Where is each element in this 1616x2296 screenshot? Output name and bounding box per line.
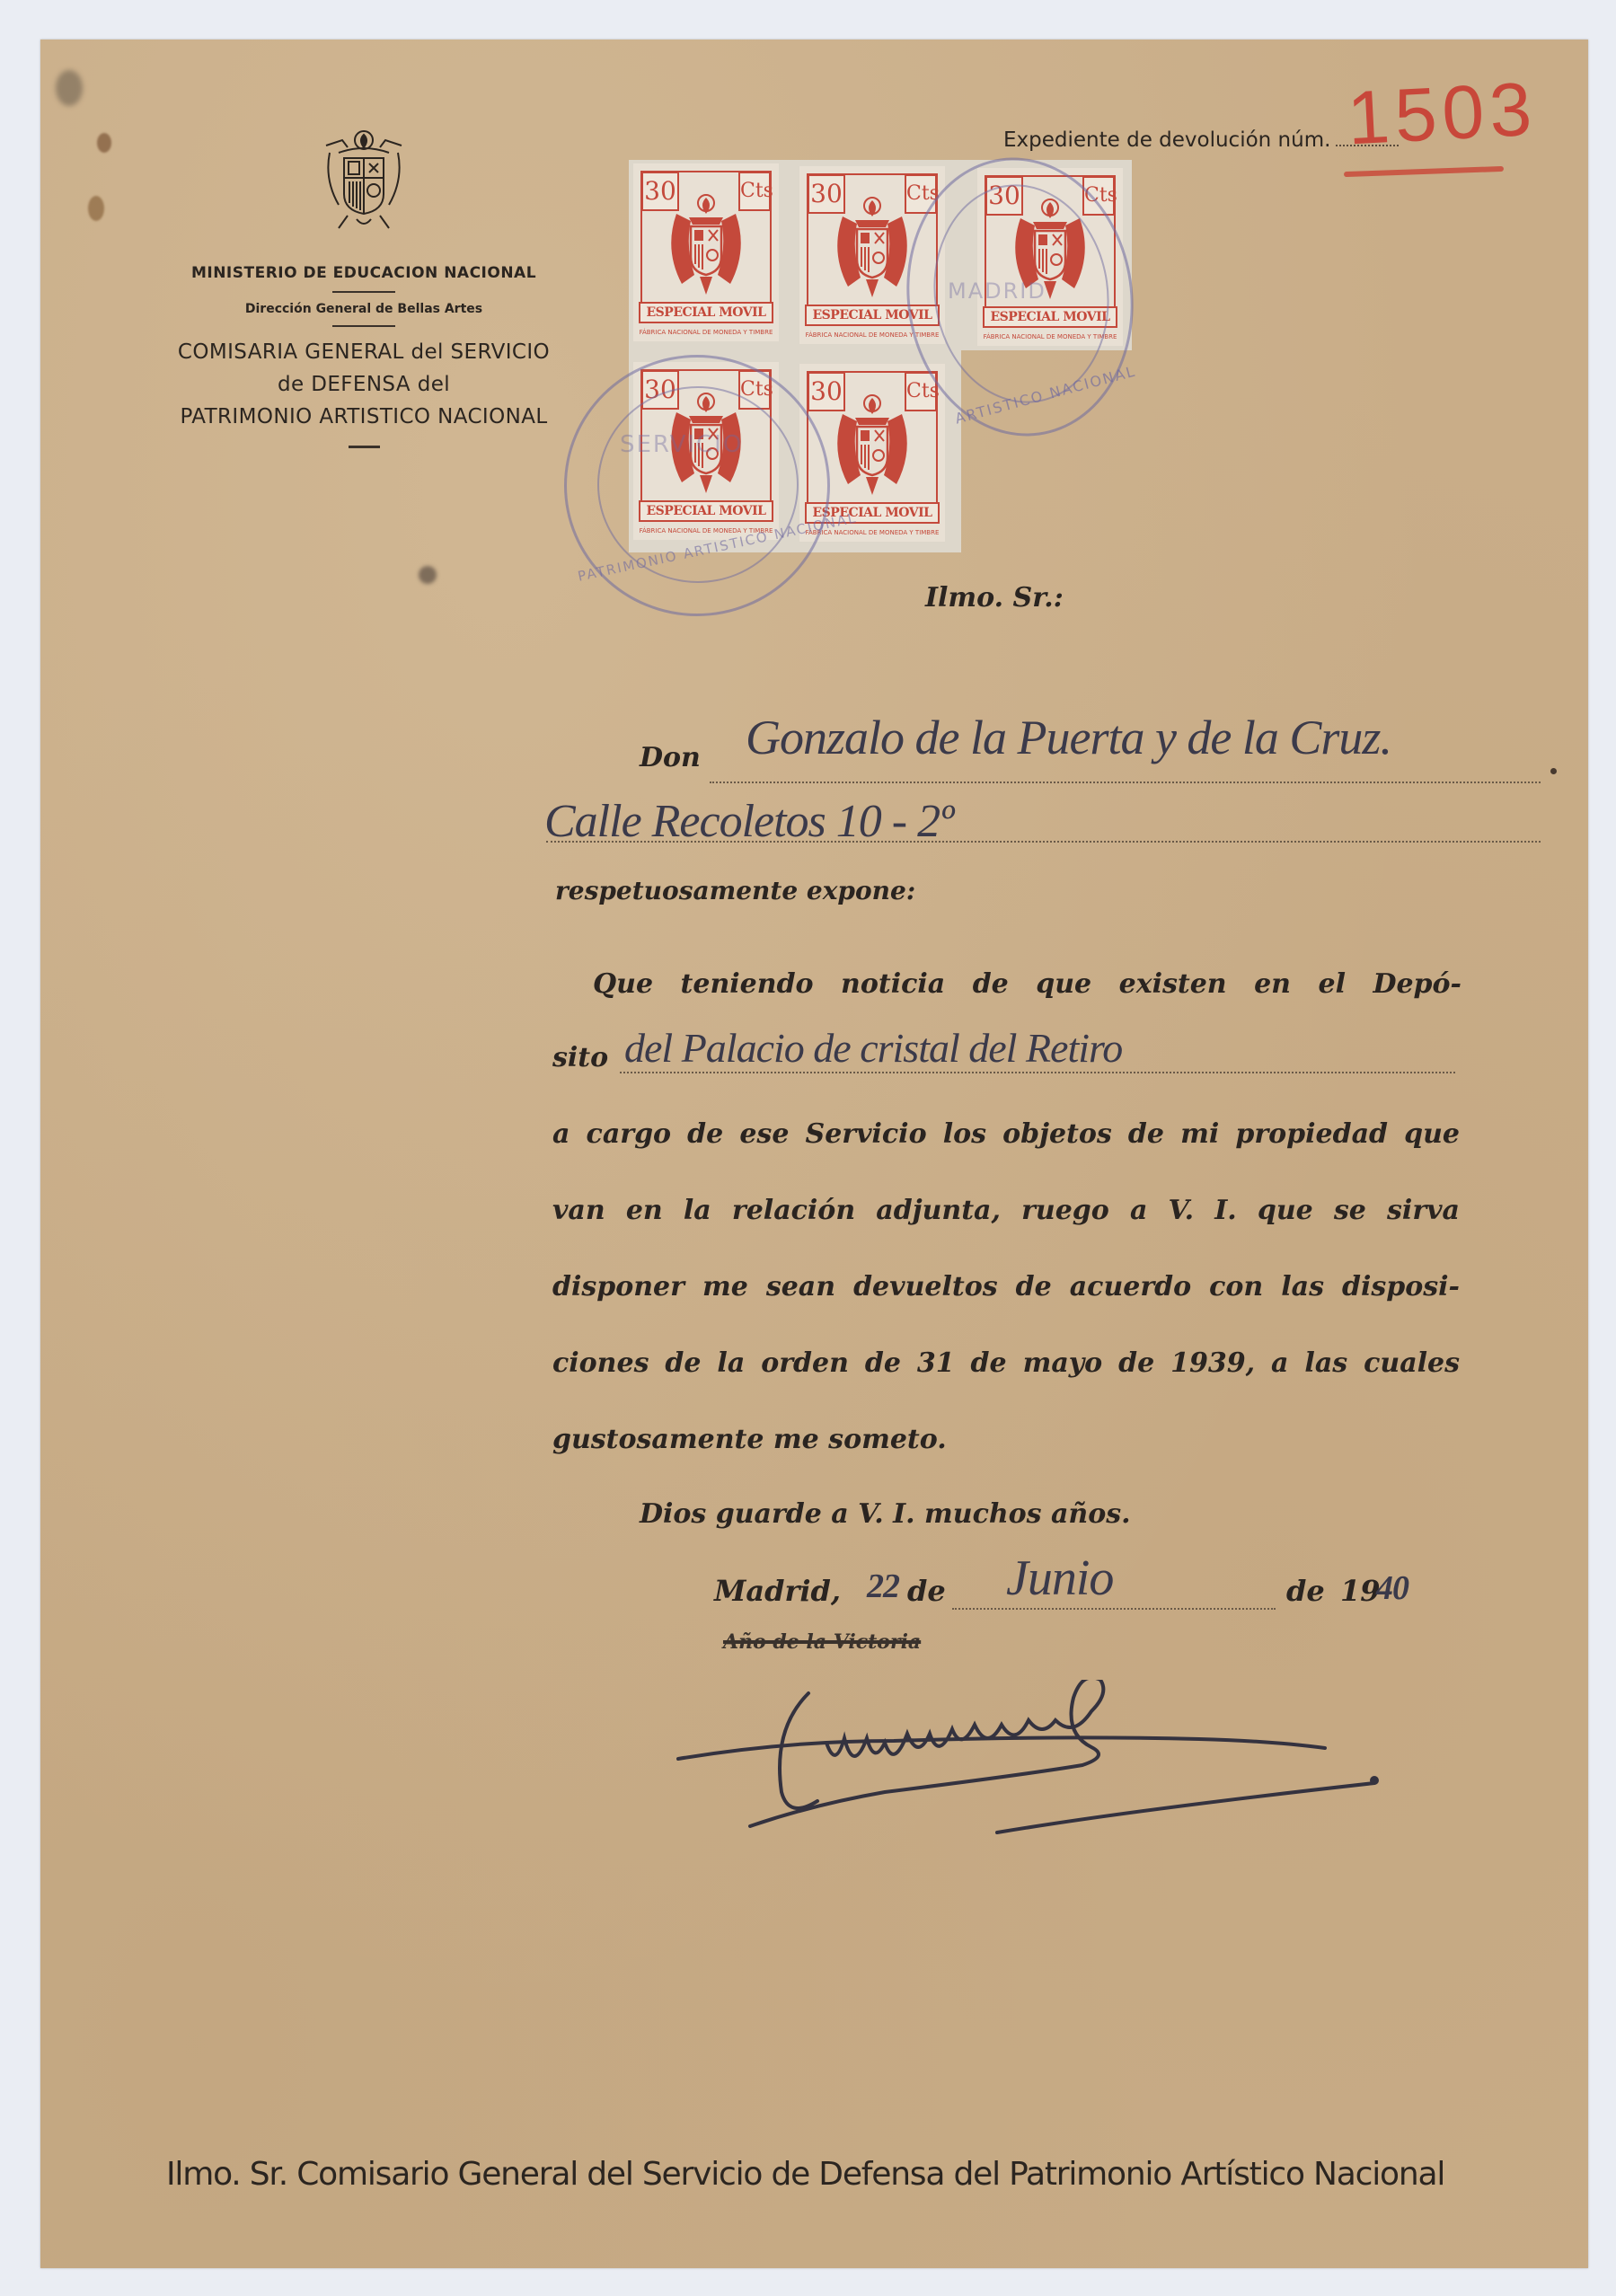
date-city: Madrid, (714, 1574, 841, 1608)
closing-formula: Dios guarde a V. I. muchos años. (640, 1498, 1131, 1530)
commissariat-line-2: de DEFENSA del (135, 368, 593, 401)
divider (332, 291, 395, 293)
ink-spot (1550, 768, 1557, 774)
petitioner-address-handwritten: Calle Recoletos 10 - 2º (544, 795, 953, 848)
eagle-crest-icon (826, 193, 918, 301)
body-line-4: van en la relación adjunta, ruego a V. I… (552, 1195, 1460, 1226)
staple-hole (97, 133, 111, 153)
rust-stain (56, 70, 83, 106)
expediente-label: Expediente de devolución núm. (1003, 128, 1330, 152)
body-line-7: gustosamente me someto. (552, 1424, 947, 1455)
dotted-line (710, 782, 1541, 783)
date-year-handwritten: 40 (1376, 1568, 1408, 1608)
date-de-2: de (1286, 1574, 1325, 1608)
spanish-coat-of-arms-icon (321, 126, 407, 234)
body-line-3: a cargo de ese Servicio los objetos de m… (552, 1118, 1460, 1150)
seal-right-center-text: MADRID (948, 278, 1046, 304)
dotted-line (952, 1608, 1276, 1610)
struck-victory-year: Año de la Victoria (723, 1630, 921, 1654)
staple-hole (88, 196, 104, 221)
dotted-line (620, 1072, 1455, 1073)
petitioner-name-handwritten: Gonzalo de la Puerta y de la Cruz. (746, 710, 1391, 765)
expediente-field: Expediente de devolución núm. (1003, 128, 1402, 152)
handwritten-signature (674, 1680, 1446, 1859)
direction-name: Dirección General de Bellas Artes (135, 302, 593, 316)
eagle-crest-icon (660, 190, 752, 298)
body-line-1: Que teniendo noticia de que existen en e… (593, 968, 1461, 1000)
divider (349, 446, 380, 448)
footer-addressee: Ilmo. Sr. Comisario General del Servicio… (166, 2156, 1444, 2193)
fiscal-stamp: 30 Cts ESPECIAL MOVIL FÁBRICA NACIONAL D… (633, 163, 779, 341)
commissariat-line-1: COMISARIA GENERAL del SERVICIO (135, 336, 593, 368)
ministry-name: MINISTERIO DE EDUCACION NACIONAL (135, 264, 593, 282)
letterhead: MINISTERIO DE EDUCACION NACIONAL Direcci… (135, 126, 593, 448)
date-day-handwritten: 22 (867, 1567, 899, 1606)
date-de-1: de (907, 1574, 946, 1608)
commissariat-line-3: PATRIMONIO ARTISTICO NACIONAL (135, 401, 593, 433)
deposit-location-handwritten: del Palacio de cristal del Retiro (624, 1024, 1122, 1072)
body-line-6: ciones de la orden de 31 de mayo de 1939… (552, 1347, 1460, 1379)
body-line-5: disponer me sean devueltos de acuerdo co… (552, 1271, 1460, 1303)
date-month-handwritten: Junio (1006, 1550, 1113, 1607)
eagle-crest-icon (826, 391, 918, 499)
divider (332, 325, 395, 327)
ink-spot (419, 566, 437, 584)
date-year-prefix: 19 (1340, 1574, 1381, 1608)
intro-text: respetuosamente expone: (555, 876, 915, 905)
don-label: Don (640, 742, 701, 773)
body-line-2-prefix: sito (552, 1042, 608, 1073)
expediente-number: 1503 (1346, 66, 1540, 163)
seal-left-center-text: SERVICIO (620, 431, 743, 458)
salutation: Ilmo. Sr.: (925, 582, 1064, 614)
